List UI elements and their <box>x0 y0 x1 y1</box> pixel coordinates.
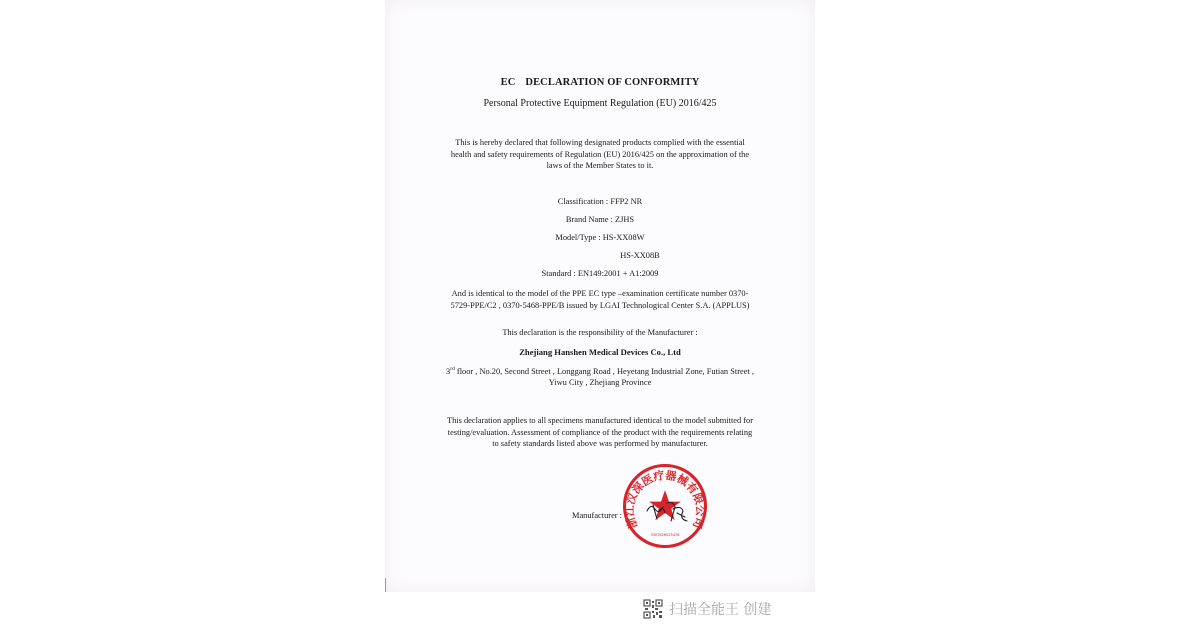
manufacturer-label: Manufacturer : <box>572 511 622 520</box>
standard-field: Standard : EN149:2001 + A1:2009 <box>385 269 815 278</box>
company-address: 3rd floor , No.20, Second Street , Longg… <box>385 364 815 389</box>
brand-name-field: Brand Name : ZJHS <box>385 215 815 224</box>
classification-field: Classification : FFP2 NR <box>385 197 815 206</box>
intro-paragraph: This is hereby declared that following d… <box>385 137 815 172</box>
qr-code-icon <box>643 599 663 619</box>
watermark-text: 扫描全能王 创建 <box>669 599 771 619</box>
signature <box>643 497 693 525</box>
svg-text:3307826025478: 3307826025478 <box>650 533 679 537</box>
title-prefix: EC <box>501 77 516 88</box>
page-edge-mark <box>385 578 386 592</box>
document-subtitle: Personal Protective Equipment Regulation… <box>385 98 815 109</box>
certificate-paragraph: And is identical to the model of the PPE… <box>385 288 815 311</box>
address-rest: floor , No.20, Second Street , Longgang … <box>455 367 754 388</box>
document-title: ECDECLARATION OF CONFORMITY <box>385 77 815 88</box>
company-name: Zhejiang Hanshen Medical Devices Co., Lt… <box>385 347 815 357</box>
scanned-page: ECDECLARATION OF CONFORMITY Personal Pro… <box>385 0 815 592</box>
title-text: DECLARATION OF CONFORMITY <box>525 77 699 88</box>
responsibility-text: This declaration is the responsibility o… <box>385 328 815 337</box>
model-type-field: Model/Type : HS-XX08W <box>385 233 815 242</box>
applies-paragraph: This declaration applies to all specimen… <box>385 415 815 450</box>
scanner-watermark: 扫描全能王 创建 <box>643 598 771 620</box>
model-type-field-2: HS-XX08B <box>425 251 855 260</box>
